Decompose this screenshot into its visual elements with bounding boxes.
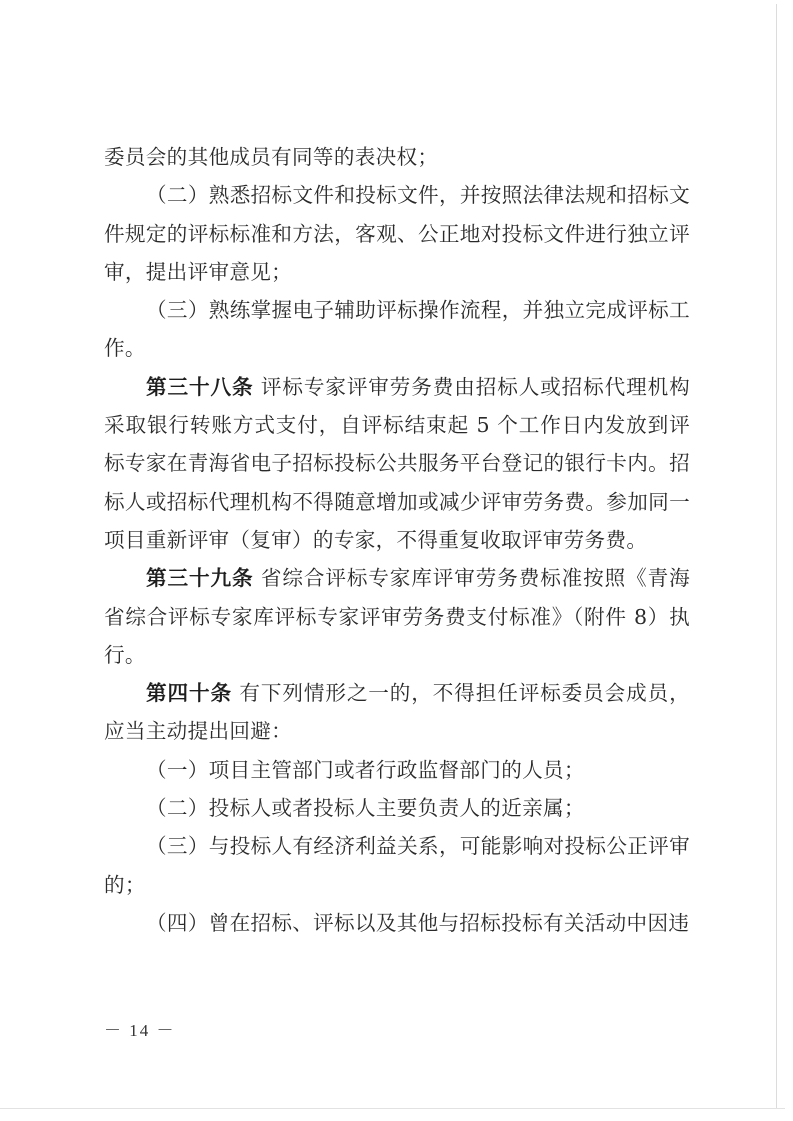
- paragraph-voting-rights: 委员会的其他成员有同等的表决权；: [104, 138, 690, 176]
- paragraph-item-2-relatives: （二）投标人或者投标人主要负责人的近亲属；: [104, 789, 690, 827]
- scan-edge-right: [776, 4, 777, 1109]
- article-38: 第三十八条 评标专家评审劳务费由招标人或招标代理机构采取银行转账方式支付，自评标…: [104, 368, 690, 559]
- scan-edge-bottom: [0, 1108, 785, 1109]
- paragraph-text: （二）投标人或者投标人主要负责人的近亲属；: [146, 796, 585, 820]
- paragraph-text: 评标专家评审劳务费由招标人或招标代理机构采取银行转账方式支付，自评标结束起 5 …: [104, 375, 690, 552]
- paragraph-item-3-electronic: （三）熟练掌握电子辅助评标操作流程，并独立完成评标工作。: [104, 291, 690, 368]
- paragraph-text: （四）曾在招标、评标以及其他与招标投标有关活动中因违: [146, 911, 689, 935]
- article-heading: 第三十九条: [146, 566, 253, 590]
- article-heading: 第三十八条: [146, 375, 253, 399]
- document-body: 委员会的其他成员有同等的表决权； （二）熟悉招标文件和投标文件，并按照法律法规和…: [104, 138, 690, 942]
- article-heading: 第四十条: [146, 681, 232, 705]
- article-39: 第三十九条 省综合评标专家库评审劳务费标准按照《青海省综合评标专家库评标专家评审…: [104, 559, 690, 674]
- paragraph-text: （三）熟练掌握电子辅助评标操作流程，并独立完成评标工作。: [104, 298, 690, 360]
- paragraph-text: （二）熟悉招标文件和投标文件，并按照法律法规和招标文件规定的评标标准和方法，客观…: [104, 183, 690, 284]
- paragraph-text: （三）与投标人有经济利益关系，可能影响对投标公正评审的；: [104, 834, 690, 896]
- document-page: 委员会的其他成员有同等的表决权； （二）熟悉招标文件和投标文件，并按照法律法规和…: [0, 0, 793, 1121]
- paragraph-text: （一）项目主管部门或者行政监督部门的人员；: [146, 758, 585, 782]
- page-number: － 14 －: [104, 1016, 176, 1041]
- paragraph-item-3-interest: （三）与投标人有经济利益关系，可能影响对投标公正评审的；: [104, 827, 690, 904]
- paragraph-item-1-department: （一）项目主管部门或者行政监督部门的人员；: [104, 751, 690, 789]
- paragraph-item-4-prior-violation: （四）曾在招标、评标以及其他与招标投标有关活动中因违: [104, 904, 690, 942]
- paragraph-item-2-familiar: （二）熟悉招标文件和投标文件，并按照法律法规和招标文件规定的评标标准和方法，客观…: [104, 176, 690, 291]
- article-40: 第四十条 有下列情形之一的，不得担任评标委员会成员，应当主动提出回避：: [104, 674, 690, 751]
- paragraph-text: 委员会的其他成员有同等的表决权；: [104, 145, 438, 169]
